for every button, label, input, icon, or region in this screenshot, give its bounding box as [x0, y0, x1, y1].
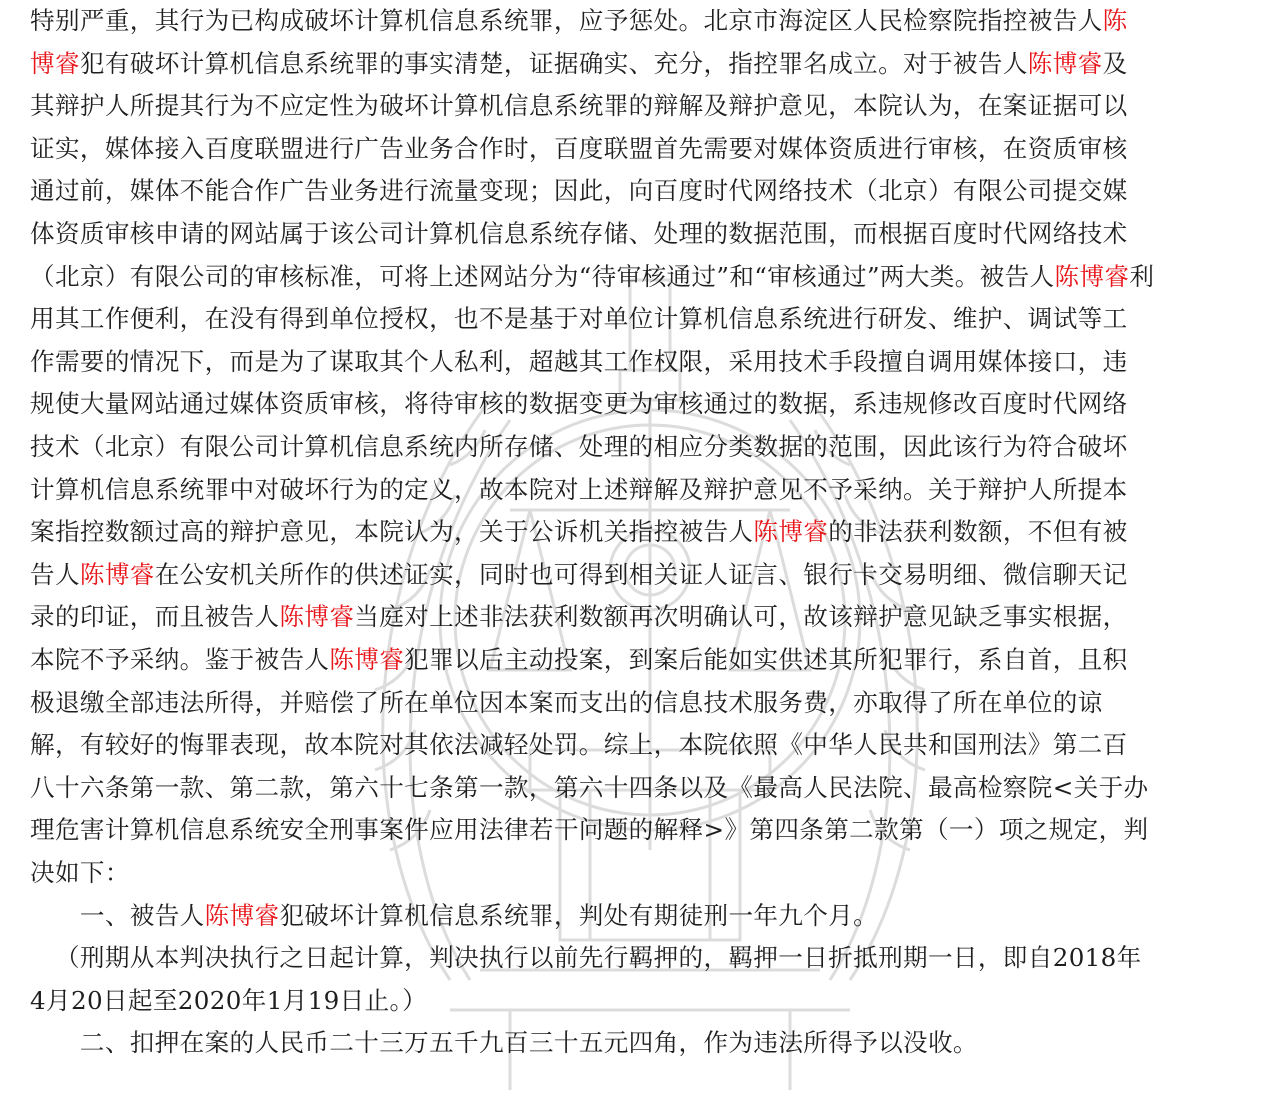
- text-segment: （刑期从本判决执行之日起计算，判决执行以前先行羁押的，羁押一日折抵刑期一日，即自…: [55, 943, 1142, 972]
- document-line: 案指控数额过高的辩护意见，本院认为，关于公诉机关指控被告人陈博睿的非法获利数额，…: [30, 511, 1128, 553]
- highlighted-defendant-name: 博睿: [30, 49, 80, 78]
- document-line: 极退缴全部违法所得，并赔偿了所在单位因本案而支出的信息技术服务费，亦取得了所在单…: [30, 682, 1103, 724]
- document-line: 二、扣押在案的人民币二十三万五千九百三十五元四角，作为违法所得予以没收。: [80, 1022, 978, 1064]
- text-segment: 用其工作便利，在没有得到单位授权，也不是基于对单位计算机信息系统进行研发、维护、…: [30, 304, 1128, 333]
- document-line: 理危害计算机信息系统安全刑事案件应用法律若干问题的解释>》第四条第二款第（一）项…: [30, 809, 1149, 851]
- document-line: （北京）有限公司的审核标准，可将上述网站分为“待审核通过”和“审核通过”两大类。…: [30, 256, 1154, 298]
- highlighted-defendant-name: 陈博睿: [205, 901, 280, 930]
- document-line: 博睿犯有破坏计算机信息系统罪的事实清楚，证据确实、充分，指控罪名成立。对于被告人…: [30, 43, 1128, 85]
- text-segment: 计算机信息系统罪中对破坏行为的定义，故本院对上述辩解及辩护意见不予采纳。关于辩护…: [30, 475, 1128, 504]
- document-line: 解，有较好的悔罪表现，故本院对其依法减轻处罚。综上，本院依照《中华人民共和国刑法…: [30, 724, 1128, 766]
- text-segment: 本院不予采纳。鉴于被告人: [30, 645, 329, 674]
- text-segment: 犯有破坏计算机信息系统罪的事实清楚，证据确实、充分，指控罪名成立。对于被告人: [80, 49, 1028, 78]
- document-line: 计算机信息系统罪中对破坏行为的定义，故本院对上述辩解及辩护意见不予采纳。关于辩护…: [30, 469, 1128, 511]
- document-line: （刑期从本判决执行之日起计算，判决执行以前先行羁押的，羁押一日折抵刑期一日，即自…: [55, 937, 1142, 979]
- text-segment: 告人: [30, 560, 80, 589]
- highlighted-defendant-name: 陈博睿: [80, 560, 155, 589]
- text-segment: 特别严重，其行为已构成破坏计算机信息系统罪，应予惩处。北京市海淀区人民检察院指控…: [30, 6, 1103, 35]
- text-segment: 犯罪以后主动投案，到案后能如实供述其所犯罪行，系自首，且积: [404, 645, 1127, 674]
- text-segment: 技术（北京）有限公司计算机信息系统内所存储、处理的相应分类数据的范围，因此该行为…: [30, 432, 1128, 461]
- text-segment: 证实，媒体接入百度联盟进行广告业务合作时，百度联盟首先需要对媒体资质进行审核，在…: [30, 134, 1128, 163]
- text-segment: 通过前，媒体不能合作广告业务进行流量变现；因此，向百度时代网络技术（北京）有限公…: [30, 176, 1128, 205]
- text-segment: 理危害计算机信息系统安全刑事案件应用法律若干问题的解释>》第四条第二款第（一）项…: [30, 815, 1149, 844]
- text-segment: 规使大量网站通过媒体资质审核，将待审核的数据变更为审核通过的数据，系违规修改百度…: [30, 389, 1128, 418]
- highlighted-defendant-name: 陈博睿: [1028, 49, 1103, 78]
- document-line: 作需要的情况下，而是为了谋取其个人私利，超越其工作权限，采用技术手段擅自调用媒体…: [30, 341, 1128, 383]
- text-segment: 决如下：: [30, 858, 130, 887]
- highlighted-defendant-name: 陈博睿: [329, 645, 404, 674]
- text-segment: 犯破坏计算机信息系统罪，判处有期徒刑一年九个月。: [279, 901, 878, 930]
- document-line: 规使大量网站通过媒体资质审核，将待审核的数据变更为审核通过的数据，系违规修改百度…: [30, 383, 1128, 425]
- document-line: 决如下：: [30, 852, 130, 894]
- text-segment: 当庭对上述非法获利数额再次明确认可，故该辩护意见缺乏事实根据，: [354, 602, 1127, 631]
- text-segment: 二、扣押在案的人民币二十三万五千九百三十五元四角，作为违法所得予以没收。: [80, 1028, 978, 1057]
- document-line: 本院不予采纳。鉴于被告人陈博睿犯罪以后主动投案，到案后能如实供述其所犯罪行，系自…: [30, 639, 1128, 681]
- document-line: 特别严重，其行为已构成破坏计算机信息系统罪，应予惩处。北京市海淀区人民检察院指控…: [30, 0, 1128, 42]
- text-segment: 解，有较好的悔罪表现，故本院对其依法减轻处罚。综上，本院依照《中华人民共和国刑法…: [30, 730, 1128, 759]
- document-line: 一、被告人陈博睿犯破坏计算机信息系统罪，判处有期徒刑一年九个月。: [80, 895, 878, 937]
- text-segment: 在公安机关所作的供述证实，同时也可得到相关证人证言、银行卡交易明细、微信聊天记: [155, 560, 1128, 589]
- text-segment: 极退缴全部违法所得，并赔偿了所在单位因本案而支出的信息技术服务费，亦取得了所在单…: [30, 688, 1103, 717]
- highlighted-defendant-name: 陈: [1103, 6, 1128, 35]
- document-line: 八十六条第一款、第二款，第六十七条第一款，第六十四条以及《最高人民法院、最高检察…: [30, 767, 1149, 809]
- text-segment: 其辩护人所提其行为不应定性为破坏计算机信息系统罪的辩解及辩护意见，本院认为，在案…: [30, 91, 1128, 120]
- document-line: 技术（北京）有限公司计算机信息系统内所存储、处理的相应分类数据的范围，因此该行为…: [30, 426, 1128, 468]
- text-segment: 4月20日起至2020年1月19日止。）: [30, 986, 427, 1015]
- text-segment: 八十六条第一款、第二款，第六十七条第一款，第六十四条以及《最高人民法院、最高检察…: [30, 773, 1149, 802]
- document-line: 录的印证，而且被告人陈博睿当庭对上述非法获利数额再次明确认可，故该辩护意见缺乏事…: [30, 596, 1128, 638]
- text-segment: 体资质审核申请的网站属于该公司计算机信息系统存储、处理的数据范围，而根据百度时代…: [30, 219, 1128, 248]
- document-line: 用其工作便利，在没有得到单位授权，也不是基于对单位计算机信息系统进行研发、维护、…: [30, 298, 1128, 340]
- text-segment: 一、被告人: [80, 901, 205, 930]
- document-line: 通过前，媒体不能合作广告业务进行流量变现；因此，向百度时代网络技术（北京）有限公…: [30, 170, 1128, 212]
- text-segment: 录的印证，而且被告人: [30, 602, 279, 631]
- highlighted-defendant-name: 陈博睿: [1055, 262, 1130, 291]
- text-segment: （北京）有限公司的审核标准，可将上述网站分为“待审核通过”和“审核通过”两大类。…: [30, 262, 1055, 291]
- document-line: 4月20日起至2020年1月19日止。）: [30, 980, 427, 1022]
- text-segment: 案指控数额过高的辩护意见，本院认为，关于公诉机关指控被告人: [30, 517, 753, 546]
- highlighted-defendant-name: 陈博睿: [753, 517, 828, 546]
- document-line: 体资质审核申请的网站属于该公司计算机信息系统存储、处理的数据范围，而根据百度时代…: [30, 213, 1128, 255]
- text-segment: 及: [1103, 49, 1128, 78]
- text-segment: 利: [1129, 262, 1154, 291]
- text-segment: 的非法获利数额，不但有被: [828, 517, 1127, 546]
- document-line: 其辩护人所提其行为不应定性为破坏计算机信息系统罪的辩解及辩护意见，本院认为，在案…: [30, 85, 1128, 127]
- highlighted-defendant-name: 陈博睿: [279, 602, 354, 631]
- document-line: 证实，媒体接入百度联盟进行广告业务合作时，百度联盟首先需要对媒体资质进行审核，在…: [30, 128, 1128, 170]
- document-line: 告人陈博睿在公安机关所作的供述证实，同时也可得到相关证人证言、银行卡交易明细、微…: [30, 554, 1128, 596]
- text-segment: 作需要的情况下，而是为了谋取其个人私利，超越其工作权限，采用技术手段擅自调用媒体…: [30, 347, 1128, 376]
